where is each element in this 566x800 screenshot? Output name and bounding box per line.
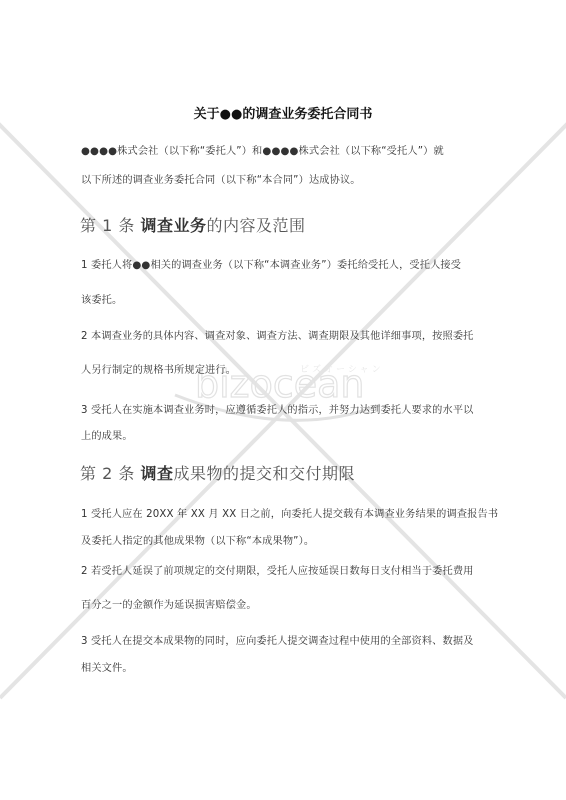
article-1-clause-3-line-2: 上的成果。 xyxy=(81,427,491,442)
article-2-heading: 第 2 条 调查成果物的提交和交付期限 xyxy=(80,461,355,484)
preamble-line-2: 以下所述的调查业务委托合同（以下称“本合同”）达成协议。 xyxy=(81,171,491,186)
article-2-number: 第 2 条 xyxy=(80,464,135,483)
article-2-clause-2-line-2: 百分之一的金额作为延误损害赔偿金。 xyxy=(81,596,491,611)
article-1-number: 第 1 条 xyxy=(80,216,135,235)
article-1-title-rest: 的内容及范围 xyxy=(206,216,305,235)
document-title: 关于●●的调查业务委托合同书 xyxy=(0,103,566,122)
document-page: 关于●●的调查业务委托合同书 ●●●●株式会社（以下称“委托人”）和●●●●株式… xyxy=(0,0,566,800)
article-1-clause-2-line-2: 人另行制定的规格书所规定进行。 xyxy=(81,361,491,376)
preamble-line-1: ●●●●株式会社（以下称“委托人”）和●●●●株式会社（以下称“受托人”）就 xyxy=(81,142,491,157)
article-1-clause-1-line-1: 1 委托人将●●相关的调查业务（以下称“本调查业务”）委托给受托人，受托人接受 xyxy=(81,256,491,271)
article-2-clause-3-line-1: 3 受托人在提交本成果物的同时，应向委托人提交调查过程中使用的全部资料、数据及 xyxy=(81,632,491,647)
article-1-title-strong: 调查业务 xyxy=(140,216,206,235)
article-2-clause-2-line-1: 2 若受托人延误了前项规定的交付期限，受托人应按延误日数每日支付相当于委托费用 xyxy=(81,562,491,577)
article-2-clause-1-line-2: 及委托人指定的其他成果物（以下称“本成果物”）。 xyxy=(81,532,491,547)
article-2-clause-3-line-2: 相关文件。 xyxy=(81,659,491,674)
article-1-heading: 第 1 条 调查业务的内容及范围 xyxy=(80,213,305,236)
article-2-title-strong: 调查 xyxy=(140,464,173,483)
article-1-clause-1-line-2: 该委托。 xyxy=(81,291,491,306)
article-1-clause-2-line-1: 2 本调查业务的具体内容、调查对象、调查方法、调查期限及其他详细事项，按照委托 xyxy=(81,327,491,342)
article-2-clause-1-line-1: 1 受托人应在 20XX 年 XX 月 XX 日之前，向委托人提交载有本调查业务… xyxy=(81,505,491,520)
article-2-title-rest: 成果物的提交和交付期限 xyxy=(173,464,355,483)
article-1-clause-3-line-1: 3 受托人在实施本调查业务时，应遵循委托人的指示，并努力达到委托人要求的水平以 xyxy=(81,401,491,416)
